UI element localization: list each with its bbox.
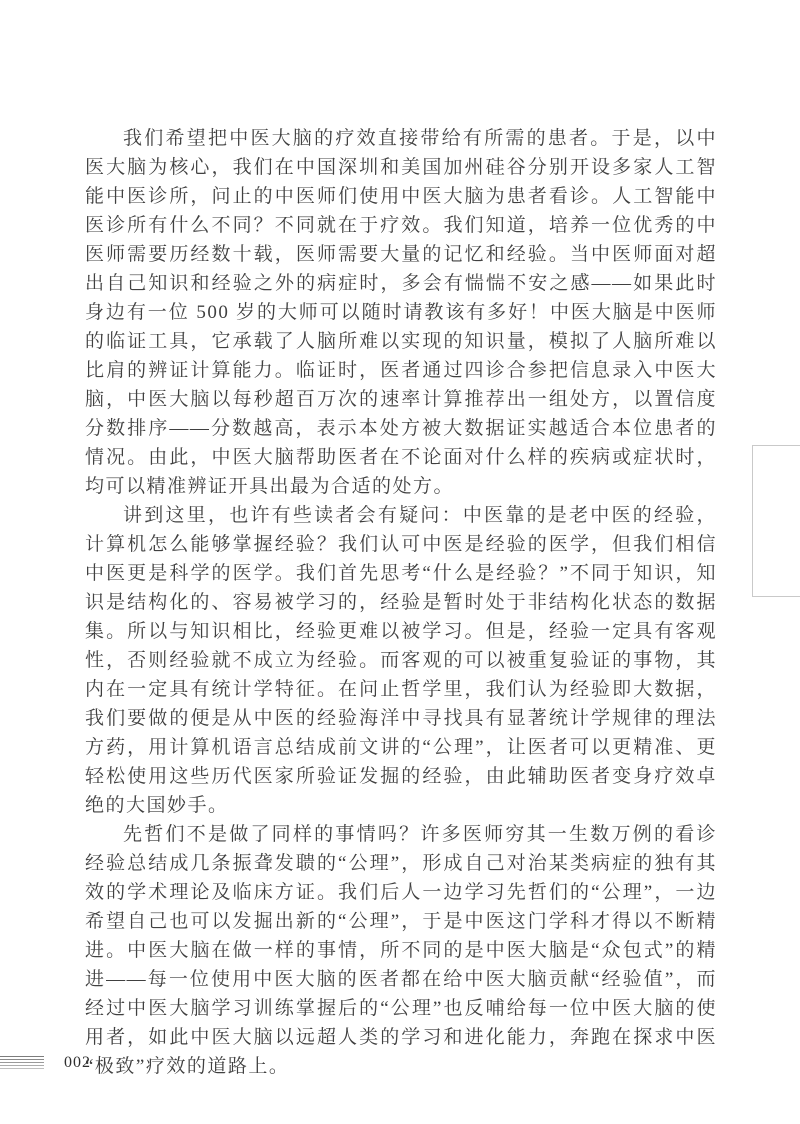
- paragraph-2: 讲到这里，也许有些读者会有疑问：中医靠的是老中医的经验，计算机怎么能够掌握经验？…: [85, 501, 717, 820]
- margin-note-box: [752, 445, 800, 597]
- body-text: 我们希望把中医大脑的疗效直接带给有所需的患者。于是，以中医大脑为核心，我们在中国…: [85, 124, 717, 1081]
- paragraph-3: 先哲们不是做了同样的事情吗？许多医师穷其一生数万例的看诊经验总结成几条振聋发聩的…: [85, 820, 717, 1081]
- footer-rule-lines: [0, 1056, 44, 1069]
- page-number: 002: [64, 1054, 91, 1072]
- book-page: 我们希望把中医大脑的疗效直接带给有所需的患者。于是，以中医大脑为核心，我们在中国…: [0, 0, 800, 1124]
- paragraph-1: 我们希望把中医大脑的疗效直接带给有所需的患者。于是，以中医大脑为核心，我们在中国…: [85, 124, 717, 501]
